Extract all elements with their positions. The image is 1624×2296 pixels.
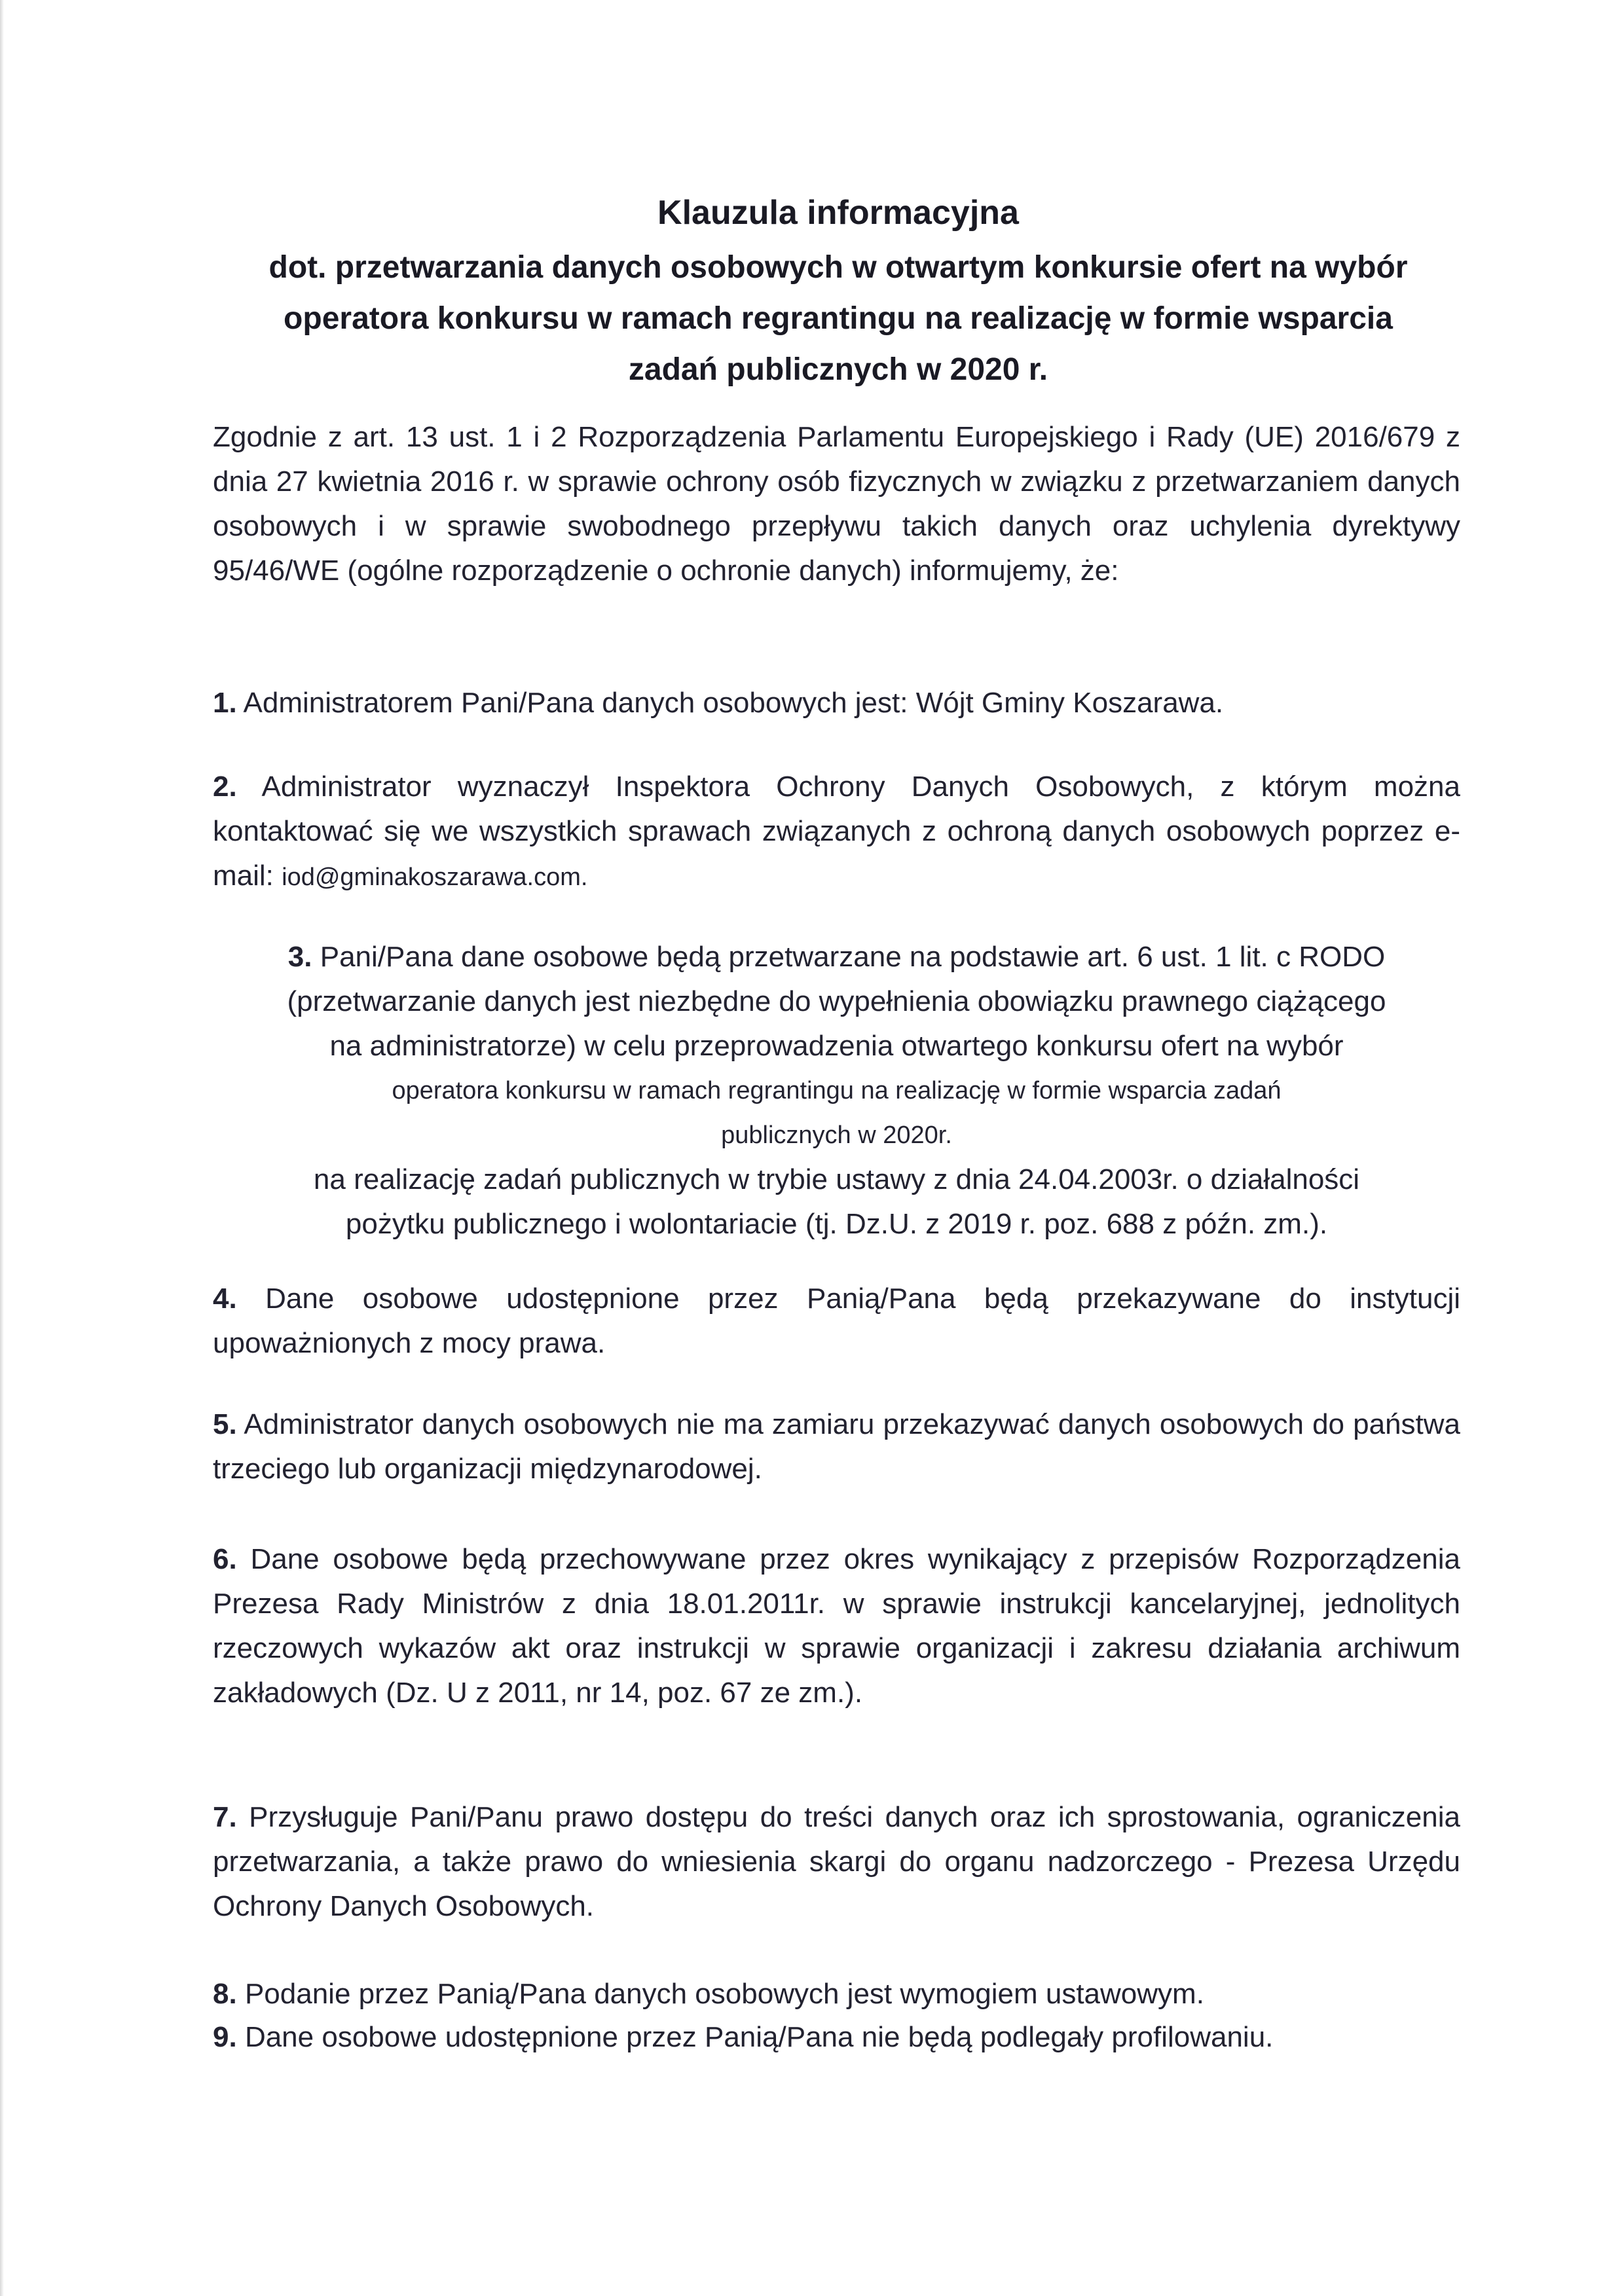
clause-text: Dane osobowe będą przechowywane przez ok… [213, 1543, 1460, 1709]
scan-page-edge [0, 0, 4, 2296]
clause-number: 7. [213, 1801, 237, 1833]
clause-number: 6. [213, 1543, 237, 1575]
clause-item-7: 7. Przysługuje Pani/Panu prawo dostępu d… [213, 1795, 1460, 1929]
clause-text: Dane osobowe udostępnione przez Panią/Pa… [245, 2021, 1273, 2053]
clause-item-9: 9. Dane osobowe udostępnione przez Panią… [213, 2015, 1460, 2060]
clause-line: na administratorze) w celu przeprowadzen… [213, 1024, 1460, 1068]
clause-item-2: 2. Administrator wyznaczył Inspektora Oc… [213, 765, 1460, 900]
clause-number: 2. [213, 771, 237, 803]
clause-line: na realizację zadań publicznych w trybie… [213, 1157, 1460, 1202]
clause-item-5: 5. Administrator danych osobowych nie ma… [213, 1402, 1460, 1491]
clause-line: pożytku publicznego i wolontariacie (tj.… [213, 1202, 1460, 1247]
clause-number: 4. [213, 1283, 237, 1315]
clause-line: (przetwarzanie danych jest niezbędne do … [213, 979, 1460, 1024]
clause-text: Dane osobowe udostępnione przez Panią/Pa… [213, 1283, 1460, 1359]
clause-number: 5. [213, 1408, 237, 1440]
clause-line: operatora konkursu w ramach regrantingu … [213, 1068, 1460, 1113]
email-link[interactable]: iod@gminakoszarawa.com. [282, 864, 587, 891]
clause-item-1: 1. Administratorem Pani/Pana danych osob… [213, 681, 1460, 725]
clause-line: publicznych w 2020r. [213, 1113, 1460, 1157]
clause-number: 3. [288, 941, 312, 973]
clause-item-3: 3. Pani/Pana dane osobowe będą przetwarz… [213, 935, 1460, 1247]
clause-text: Podanie przez Panią/Pana danych osobowyc… [245, 1978, 1204, 2010]
document-title: Klauzula informacyjna [216, 183, 1460, 242]
clause-text: Administratorem Pani/Pana danych osobowy… [244, 687, 1224, 719]
document-header: Klauzula informacyjna dot. przetwarzania… [216, 183, 1460, 395]
clause-number: 8. [213, 1978, 237, 2010]
document-subtitle-line: dot. przetwarzania danych osobowych w ot… [216, 242, 1460, 293]
clause-line: Pani/Pana dane osobowe będą przetwarzane… [320, 941, 1386, 973]
clause-item-8: 8. Podanie przez Panią/Pana danych osobo… [213, 1972, 1460, 2016]
intro-paragraph: Zgodnie z art. 13 ust. 1 i 2 Rozporządze… [213, 415, 1460, 593]
document-subtitle-line: operatora konkursu w ramach regrantingu … [216, 293, 1460, 344]
clause-text: Administrator danych osobowych nie ma za… [213, 1408, 1460, 1485]
clause-item-6: 6. Dane osobowe będą przechowywane przez… [213, 1537, 1460, 1715]
clause-number: 1. [213, 687, 237, 719]
clause-text: Przysługuje Pani/Panu prawo dostępu do t… [213, 1801, 1460, 1922]
clause-item-4: 4. Dane osobowe udostępnione przez Panią… [213, 1277, 1460, 1366]
clause-number: 9. [213, 2021, 237, 2053]
document-subtitle-line: zadań publicznych w 2020 r. [216, 344, 1460, 395]
